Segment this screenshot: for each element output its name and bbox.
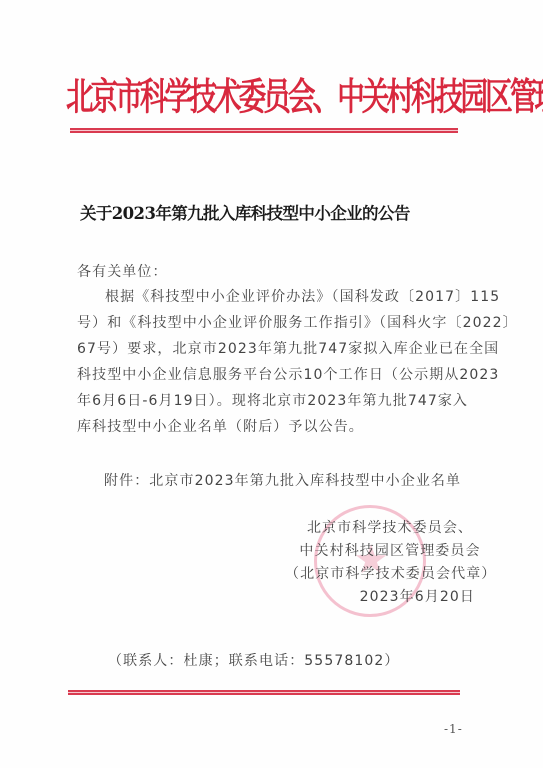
paragraph-line: 库科技型中小企业名单（附后）予以公告。 bbox=[77, 414, 472, 440]
masthead-title: 北京市科学技术委员会、中关村科技园区管理委员会 bbox=[66, 71, 428, 126]
page-number: -1- bbox=[444, 722, 463, 736]
signature-org-line-2: 中关村科技园区管理委员会 bbox=[285, 540, 495, 563]
document-title: 关于2023年第九批入库科技型中小企业的公告 bbox=[80, 200, 480, 224]
contact-info: （联系人：杜康；联系电话：55578102） bbox=[108, 648, 399, 674]
paragraph-line: 根据《科技型中小企业评价办法》（国科发政〔2017〕115 bbox=[77, 284, 472, 310]
attachment-note: 附件：北京市2023年第九批入库科技型中小企业名单 bbox=[104, 468, 461, 494]
salutation: 各有关单位： bbox=[77, 259, 168, 285]
document-page: 北京市科学技术委员会、中关村科技园区管理委员会 关于2023年第九批入库科技型中… bbox=[0, 0, 543, 768]
signature-org-line-1: 北京市科学技术委员会、 bbox=[285, 517, 495, 540]
footer-red-rule bbox=[68, 690, 460, 695]
signature-block: 北京市科学技术委员会、 中关村科技园区管理委员会 （北京市科学技术委员会代章） … bbox=[285, 517, 495, 609]
paragraph-line: 号）和《科技型中小企业评价服务工作指引》（国科火字〔2022〕 bbox=[77, 310, 472, 336]
body-paragraph: 根据《科技型中小企业评价办法》（国科发政〔2017〕115 号）和《科技型中小企… bbox=[77, 284, 472, 440]
paragraph-line: 年6月6日-6月19日）。现将北京市2023年第九批747家入 bbox=[77, 388, 472, 414]
paragraph-line: 科技型中小企业信息服务平台公示10个工作日（公示期从2023 bbox=[77, 362, 472, 388]
signature-seal-note: （北京市科学技术委员会代章） bbox=[285, 563, 495, 586]
masthead-red-rule bbox=[70, 128, 458, 133]
paragraph-line: 67号）要求，北京市2023年第九批747家拟入库企业已在全国 bbox=[77, 336, 472, 362]
signature-date: 2023年6月20日 bbox=[285, 586, 495, 609]
